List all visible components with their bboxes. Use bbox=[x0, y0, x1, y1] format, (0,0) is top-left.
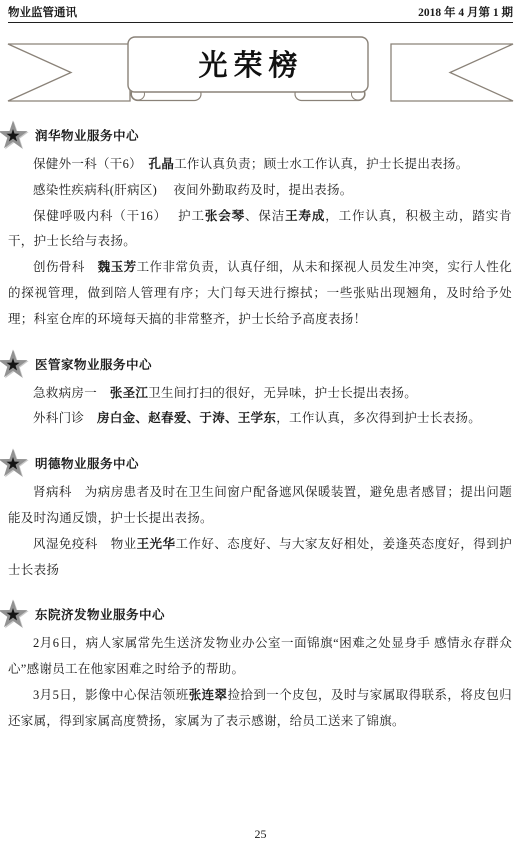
paragraph: 感染性疾病科(肝病区) 夜间外勤取药及时，提出表扬。 bbox=[0, 178, 521, 204]
section-title: 东院济发物业服务中心 bbox=[35, 605, 165, 623]
star-icon bbox=[0, 446, 30, 480]
paragraph: 保健外一科（干6） 孔晶工作认真负责；顾士水工作认真，护士长提出表扬。 bbox=[0, 152, 521, 178]
highlighted-name: 魏玉芳 bbox=[98, 260, 137, 274]
highlighted-name: 王光华 bbox=[137, 537, 176, 551]
text-run: 卫生间打扫的很好，无异味，护士长提出表扬。 bbox=[148, 386, 417, 400]
sections-container: 润华物业服务中心 保健外一科（干6） 孔晶工作认真负责；顾士水工作认真，护士长提… bbox=[0, 118, 521, 735]
paragraph: 外科门诊 房白金、赵春爱、于涛、王学东，工作认真，多次得到护士长表扬。 bbox=[0, 406, 521, 432]
banner-title: 光荣榜 bbox=[128, 43, 368, 84]
text-run: 工作认真负责；顾士水工作认真，护士长提出表扬。 bbox=[174, 157, 468, 171]
award-section: 明德物业服务中心 肾病科 为病房患者及时在卫生间窗户配备遮风保暖装置，避免患者感… bbox=[0, 446, 521, 583]
text-run: 3月5日，影像中心保洁领班 bbox=[33, 688, 189, 702]
paragraph: 肾病科 为病房患者及时在卫生间窗户配备遮风保暖装置，避免患者感冒；提出问题能及时… bbox=[0, 480, 521, 532]
star-icon bbox=[0, 597, 30, 631]
section-header: 明德物业服务中心 bbox=[0, 446, 521, 480]
paragraph: 2月6日，病人家属常先生送济发物业办公室一面锦旗“困难之处显身手 感情永存群众心… bbox=[0, 631, 521, 683]
text-run: 肾病科 为病房患者及时在卫生间窗户配备遮风保暖装置，避免患者感冒；提出问题能及时… bbox=[8, 485, 512, 525]
text-run: 保健呼吸内科（干16） 护工 bbox=[33, 209, 205, 223]
text-run: 感染性疾病科(肝病区) 夜间外勤取药及时，提出表扬。 bbox=[33, 183, 353, 197]
page-header: 物业监管通讯 2018 年 4 月第 1 期 bbox=[8, 0, 513, 23]
text-run: 外科门诊 bbox=[33, 411, 97, 425]
paragraph: 保健呼吸内科（干16） 护工张会琴、保洁王寿成，工作认真，积极主动，踏实肯干，护… bbox=[0, 204, 521, 256]
section-title: 医管家物业服务中心 bbox=[35, 355, 152, 373]
text-run: 2月6日，病人家属常先生送济发物业办公室一面锦旗“困难之处显身手 感情永存群众心… bbox=[8, 636, 512, 676]
text-run: 风湿免疫科 物业 bbox=[33, 537, 137, 551]
ribbon-left-tail bbox=[8, 44, 130, 101]
text-run: 、保洁 bbox=[245, 209, 285, 223]
award-section: 东院济发物业服务中心 2月6日，病人家属常先生送济发物业办公室一面锦旗“困难之处… bbox=[0, 597, 521, 734]
page-number: 25 bbox=[0, 827, 521, 842]
honor-roll-banner: 光荣榜 bbox=[0, 34, 521, 104]
text-run: 创伤骨科 bbox=[33, 260, 98, 274]
section-header: 润华物业服务中心 bbox=[0, 118, 521, 152]
paragraph: 3月5日，影像中心保洁领班张连翠捡拾到一个皮包，及时与家属取得联系，将皮包归还家… bbox=[0, 683, 521, 735]
newsletter-page: { "page": { "header_left": "物业监管通讯", "he… bbox=[0, 0, 521, 848]
section-title: 润华物业服务中心 bbox=[35, 126, 139, 144]
highlighted-name: 张会琴 bbox=[205, 209, 245, 223]
highlighted-name: 王寿成 bbox=[285, 209, 325, 223]
highlighted-name: 张圣江 bbox=[110, 386, 148, 400]
section-header: 医管家物业服务中心 bbox=[0, 347, 521, 381]
award-section: 医管家物业服务中心 急救病房一 张圣江卫生间打扫的很好，无异味，护士长提出表扬。… bbox=[0, 347, 521, 433]
highlighted-name: 孔晶 bbox=[149, 157, 175, 171]
highlighted-name: 张连翠 bbox=[189, 688, 228, 702]
ribbon-right-tail bbox=[391, 44, 513, 101]
highlighted-name: 房白金、赵春爱、于涛、王学东 bbox=[97, 411, 276, 425]
star-icon bbox=[0, 118, 30, 152]
issue-label: 2018 年 4 月第 1 期 bbox=[418, 4, 513, 20]
award-section: 润华物业服务中心 保健外一科（干6） 孔晶工作认真负责；顾士水工作认真，护士长提… bbox=[0, 118, 521, 333]
paragraph: 创伤骨科 魏玉芳工作非常负责，认真仔细，从未和探视人员发生冲突，实行人性化的探视… bbox=[0, 255, 521, 332]
star-icon bbox=[0, 347, 30, 381]
paragraph: 急救病房一 张圣江卫生间打扫的很好，无异味，护士长提出表扬。 bbox=[0, 381, 521, 407]
newsletter-title: 物业监管通讯 bbox=[8, 4, 77, 20]
text-run: 急救病房一 bbox=[33, 386, 110, 400]
text-run: 保健外一科（干6） bbox=[33, 157, 149, 171]
paragraph: 风湿免疫科 物业王光华工作好、态度好、与大家友好相处，姜逢英态度好，得到护士长表… bbox=[0, 532, 521, 584]
text-run: ，工作认真，多次得到护士长表扬。 bbox=[276, 411, 481, 425]
section-header: 东院济发物业服务中心 bbox=[0, 597, 521, 631]
section-title: 明德物业服务中心 bbox=[35, 454, 139, 472]
